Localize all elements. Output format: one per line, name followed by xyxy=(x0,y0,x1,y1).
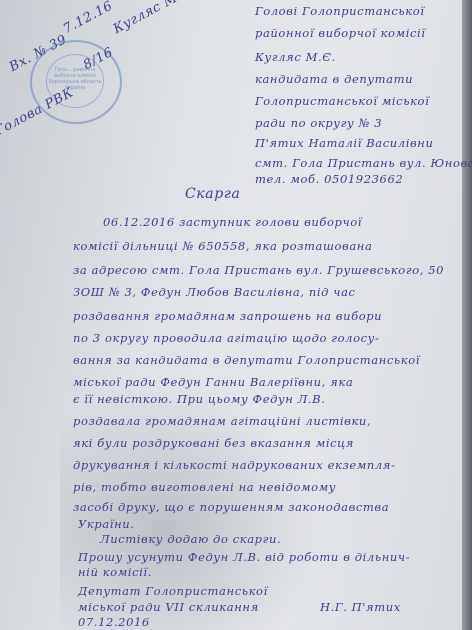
body-line: вання за кандидата в депутати Голоприста… xyxy=(73,353,420,367)
document-title: Скарга xyxy=(185,186,240,202)
request-line: ній комісії. xyxy=(78,565,152,579)
addressee-phone: тел. моб. 0501923662 xyxy=(255,172,403,186)
addressee-line: кандидата в депутати xyxy=(255,72,413,86)
body-line: по 3 округу проводила агітацію щодо голо… xyxy=(73,331,379,345)
body-line: України. xyxy=(78,517,135,531)
body-line: є її невісткою. При цьому Федун Л.В. xyxy=(73,392,325,406)
signature: Н.Г. П'ятих xyxy=(320,600,401,614)
addressee-line: П'ятих Наталії Василівни xyxy=(255,136,433,150)
signature-position: міської ради VII скликання xyxy=(78,600,259,614)
body-line: ЗОШ № 3, Федун Любов Василівна, під час xyxy=(73,285,356,299)
body-line: роздавання громадянам запрошень на вибор… xyxy=(73,309,382,323)
request-line: Прошу усунути Федун Л.В. від роботи в ді… xyxy=(78,550,410,564)
body-line: міської ради Федун Ганни Валеріївни, яка xyxy=(73,375,353,389)
body-line: за адресою смт. Гола Пристань вул. Груше… xyxy=(73,263,444,277)
stamp-annotation-date: 7.12.16 xyxy=(61,0,116,37)
body-line: рів, тобто виготовлені на невідомому xyxy=(73,480,336,494)
stamp-annotation-name: Кугляс М.Е. xyxy=(111,0,198,37)
addressee-line: районної виборчої комісії xyxy=(255,26,426,40)
body-line: 06.12.2016 заступник голови виборчої xyxy=(103,215,362,229)
addressee-line: Кугляс М.Є. xyxy=(255,50,336,64)
addressee-line: Голові Голопристанської xyxy=(255,4,425,18)
body-line: комісії дільниці № 650558, яка розташова… xyxy=(73,239,372,253)
addressee-line: ради по округу № 3 xyxy=(255,116,382,130)
signature-date: 07.12.2016 xyxy=(78,615,150,629)
addressee-line: Голопристанської міської xyxy=(255,94,429,108)
addressee-line: смт. Гола Пристань вул. Юнова, 39 xyxy=(255,156,472,170)
body-line: роздавала громадянам агітаційні листівки… xyxy=(73,414,371,428)
attachment-note: Листівку додаю до скарги. xyxy=(100,532,281,546)
body-line: друкування і кількості надрукованих екзе… xyxy=(73,458,396,472)
paper-edge xyxy=(462,0,472,630)
body-line: які були роздруковані без вказання місця xyxy=(73,436,354,450)
signature-position: Депутат Голопристанської xyxy=(78,584,268,598)
body-line: засобі друку, що є порушенням законодавс… xyxy=(73,500,389,514)
